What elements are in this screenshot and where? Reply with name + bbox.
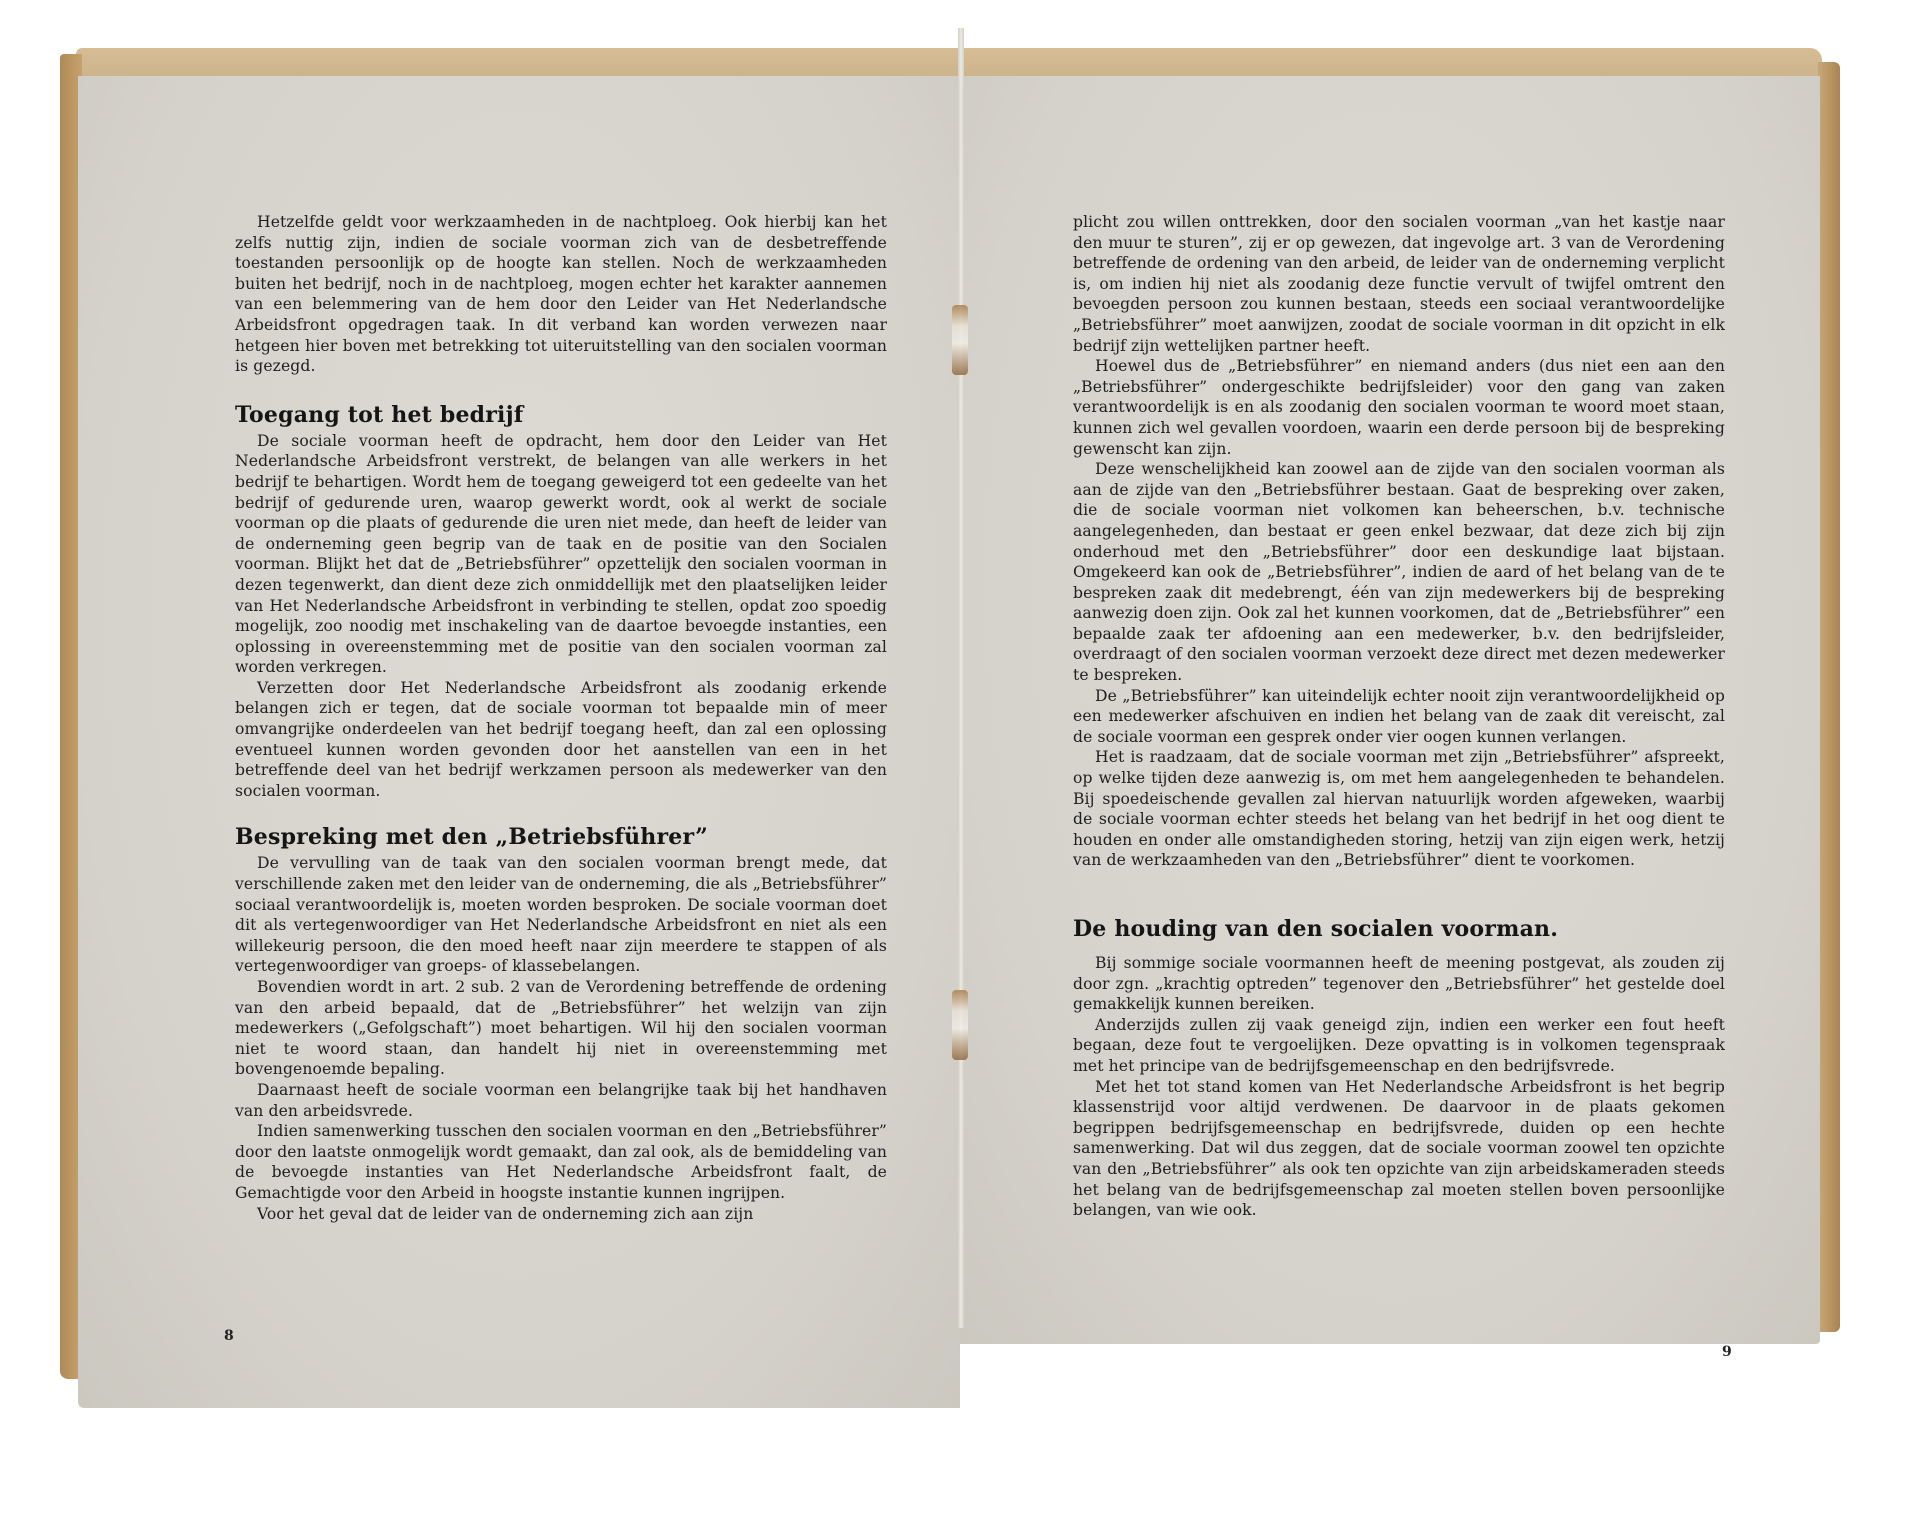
cover-top-edge [76,48,1822,78]
paragraph: Bij sommige sociale voormannen heeft de … [1073,953,1725,1015]
paragraph: Hetzelfde geldt voor werkzaamheden in de… [235,212,887,377]
paragraph: De sociale voorman heeft de opdracht, he… [235,431,887,678]
paragraph: Anderzijds zullen zij vaak geneigd zijn,… [1073,1015,1725,1077]
page-number-right: 9 [1722,1344,1732,1360]
paragraph: plicht zou willen onttrekken, door den s… [1073,212,1725,356]
paragraph: De „Betriebsführer” kan uiteindelijk ech… [1073,686,1725,748]
paragraph: Bovendien wordt in art. 2 sub. 2 van de … [235,977,887,1080]
paragraph: Het is raadzaam, dat de sociale voorman … [1073,747,1725,871]
left-page-text: Hetzelfde geldt voor werkzaamheden in de… [235,212,887,1224]
section-heading-houding: De houding van den socialen voorman. [1073,915,1725,943]
paragraph: Voor het geval dat de leider van de onde… [235,1204,887,1225]
paragraph: Verzetten door Het Nederlandsche Arbeids… [235,678,887,802]
staple-bottom [952,990,968,1060]
page-number-left: 8 [224,1328,234,1344]
right-page-text: plicht zou willen onttrekken, door den s… [1073,212,1725,1221]
paragraph: Daarnaast heeft de sociale voorman een b… [235,1080,887,1121]
paragraph: Deze wenschelijkheid kan zoowel aan de z… [1073,459,1725,686]
spine-fold [958,28,964,1328]
cover-right-edge [1818,62,1840,1332]
staple-top [952,305,968,375]
paragraph: Met het tot stand komen van Het Nederlan… [1073,1077,1725,1221]
section-heading-toegang: Toegang tot het bedrijf [235,401,887,429]
paragraph: De vervulling van de taak van den social… [235,853,887,977]
section-heading-bespreking: Bespreking met den „Betriebsführer” [235,823,887,851]
paragraph: Hoewel dus de „Betriebsführer” en nieman… [1073,356,1725,459]
paragraph: Indien samenwerking tusschen den sociale… [235,1121,887,1203]
